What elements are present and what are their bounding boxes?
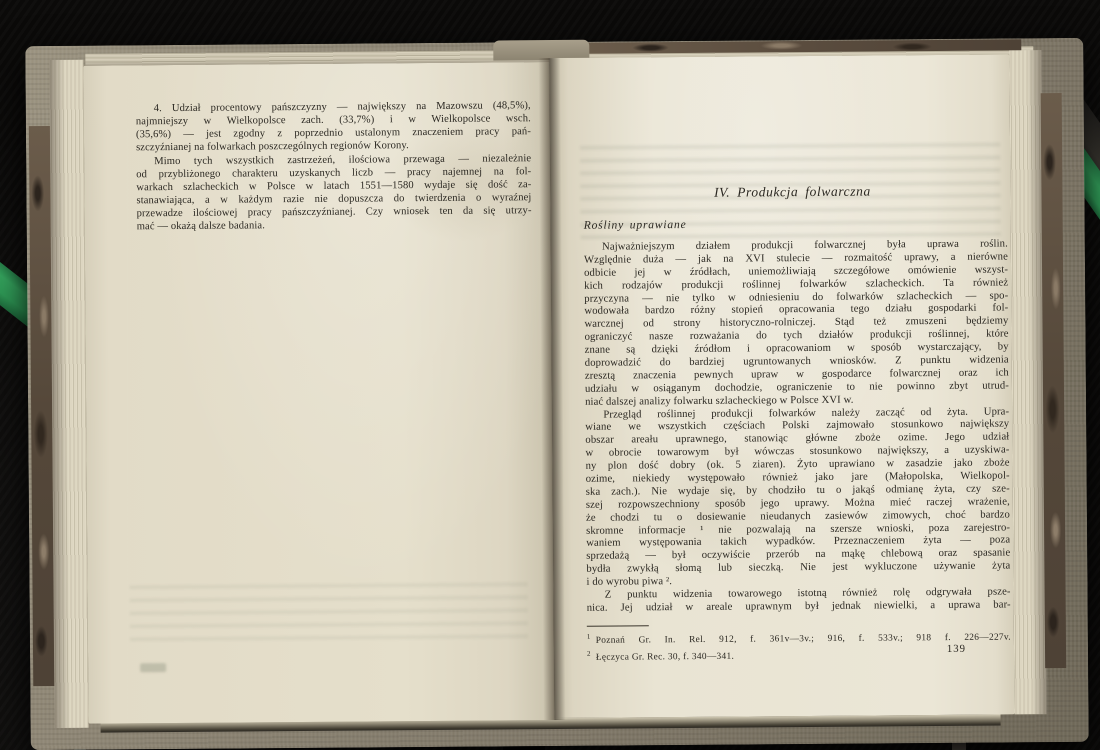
footnote-marker: 1 <box>587 633 591 641</box>
page-edges-left <box>49 60 88 728</box>
footnote-rule <box>587 625 649 626</box>
chapter-heading: IV. Produkcja folwarczna <box>580 182 1004 201</box>
paragraph: 4. Udział procentowy pańszczyzny — najwi… <box>136 99 531 155</box>
show-through-ghost <box>129 582 527 643</box>
show-through-ghost <box>140 663 166 672</box>
section-heading: Rośliny uprawiane <box>584 218 687 232</box>
paragraph: Przegląd roślinnej produkcji folwarków n… <box>585 405 1010 589</box>
paragraph: Mimo tych wszystkich zastrzeżeń, ilościo… <box>136 152 532 234</box>
footnote-marker: 2 <box>587 650 591 658</box>
left-page: 4. Udział procentowy pańszczyzny — najwi… <box>83 62 554 724</box>
footnote-text: Łęczyca Gr. Rec. 30, f. 340—341. <box>596 652 734 663</box>
right-page-text: Najważniejszym działem produkcji folwarc… <box>584 237 1011 614</box>
left-page-text: 4. Udział procentowy pańszczyzny — najwi… <box>136 99 532 234</box>
photo-of-open-book: { "colors": { "background": "#0b0a09", "… <box>0 0 1100 750</box>
text-line: mać — okażą dalsze badania. <box>137 217 532 233</box>
text-line: nica. Jej udział w areale uprawnym był j… <box>587 598 1011 614</box>
page-number: 139 <box>947 643 966 655</box>
marbled-edge-left <box>29 126 54 686</box>
paragraph: Najważniejszym działem produkcji folwarc… <box>584 237 1009 408</box>
marbled-edge-right <box>1041 93 1067 668</box>
open-book: 4. Udział procentowy pańszczyzny — najwi… <box>25 38 1088 750</box>
right-page: IV. Produkcja folwarczna Rośliny uprawia… <box>549 54 1014 718</box>
paragraph: Z punktu widzenia towarowego istotną rów… <box>587 585 1011 614</box>
